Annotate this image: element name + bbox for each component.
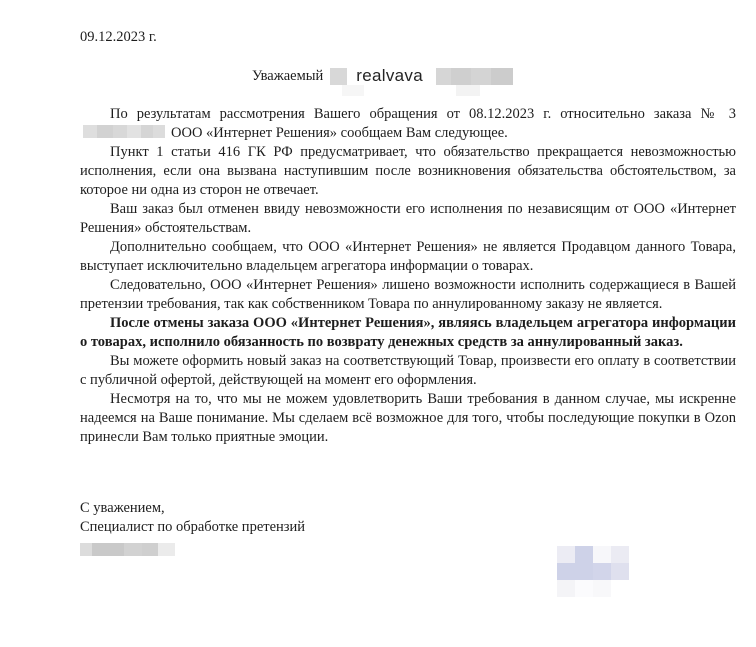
stamp-pixel <box>611 580 629 597</box>
paragraph-refund-statement: После отмены заказа ООО «Интернет Решени… <box>80 314 736 352</box>
stamp-pixel <box>575 546 593 563</box>
redacted-stamp-blur <box>557 546 629 597</box>
stamp-pixel <box>575 563 593 580</box>
stamp-pixel <box>575 580 593 597</box>
paragraph-text: ООО «Интернет Решения» сообщаем Вам след… <box>171 125 508 141</box>
greeting-line: Уважаемый realvava <box>252 64 736 88</box>
paragraph-order-review: По результатам рассмотрения Вашего обращ… <box>80 105 736 143</box>
signature-block: С уважением, Специалист по обработке пре… <box>80 499 736 556</box>
stamp-pixel <box>611 563 629 580</box>
paragraph-law-416: Пункт 1 статьи 416 ГК РФ предусматривает… <box>80 143 736 200</box>
paragraph-apology: Несмотря на то, что мы не можем удовлетв… <box>80 390 736 447</box>
paragraph-new-order: Вы можете оформить новый заказ на соотве… <box>80 352 736 390</box>
paragraph-cannot-fulfil: Следовательно, ООО «Интернет Решения» ли… <box>80 276 736 314</box>
redacted-signatory-name <box>80 543 175 556</box>
stamp-pixel <box>593 580 611 597</box>
signature-role: Специалист по обработке претензий <box>80 518 736 537</box>
redacted-order-number <box>83 125 165 138</box>
signature-regards: С уважением, <box>80 499 736 518</box>
stamp-pixel <box>593 563 611 580</box>
stamp-pixel <box>611 546 629 563</box>
stamp-pixel <box>593 546 611 563</box>
recipient-username: realvava <box>356 66 423 86</box>
redacted-recipient-name <box>436 68 513 85</box>
paragraph-text: По результатам рассмотрения Вашего обращ… <box>110 106 736 122</box>
paragraph-order-cancelled: Ваш заказ был отменен ввиду невозможност… <box>80 200 736 238</box>
stamp-pixel <box>557 546 575 563</box>
letter-body: По результатам рассмотрения Вашего обращ… <box>80 105 736 447</box>
letter-date: 09.12.2023 г. <box>80 28 736 47</box>
stamp-pixel <box>557 580 575 597</box>
greeting-salutation: Уважаемый <box>252 68 323 85</box>
stamp-pixel <box>557 563 575 580</box>
redacted-block-small <box>330 68 347 85</box>
paragraph-aggregator-role: Дополнительно сообщаем, что ООО «Интерне… <box>80 238 736 276</box>
letter-document: 09.12.2023 г. Уважаемый realvava По резу… <box>0 0 756 647</box>
